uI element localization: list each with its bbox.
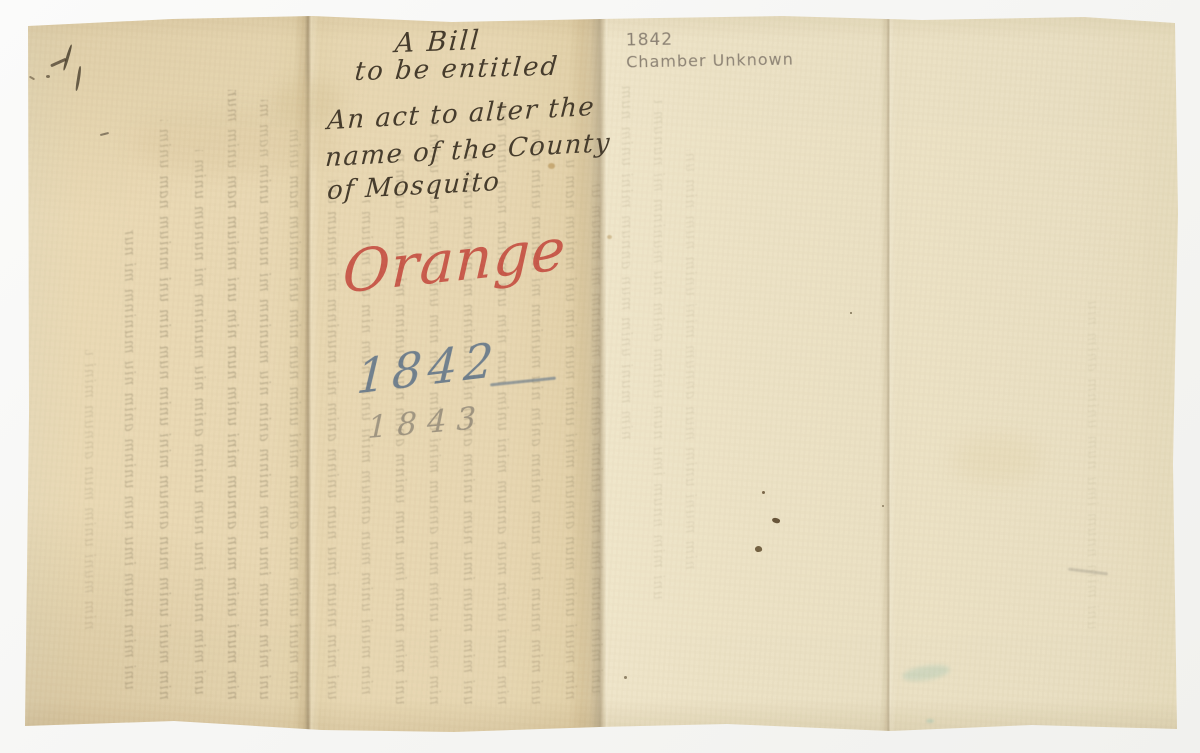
ink-speck — [754, 545, 762, 552]
foxing-spot — [548, 163, 555, 169]
paper-stain — [952, 434, 1042, 484]
docket-act-line3: of Mosquito — [326, 167, 501, 206]
paper-stain — [132, 110, 342, 176]
docket-title-line2: to be entitled — [354, 52, 561, 87]
fold-crease-right — [880, 14, 896, 733]
docket-act-line2: name of the County — [324, 128, 611, 173]
ink-blot — [62, 44, 72, 71]
county-annotation-red: Orange — [342, 215, 568, 307]
bleedthrough-column: nim muni unim mun annum mini unim num ni… — [612, 80, 638, 440]
bleedthrough-column: nim muni unim mun annum mini unim num ni… — [218, 90, 244, 700]
teal-smudge — [901, 662, 951, 683]
ink-blot — [75, 66, 82, 91]
bleedthrough-column: uni mim nnum imu num uninm anim niu muni… — [185, 150, 211, 695]
bleedthrough-column: nim muni unim mun annum mini unim num ni… — [280, 130, 306, 700]
scan-background: nim muni unim mun annum mini unim num ni… — [0, 0, 1200, 753]
docket-act-line1: An act to alter the — [326, 92, 596, 136]
bleedthrough-column: uni mim nnum imu num uninm anim niu muni… — [250, 100, 276, 700]
year-annotation-ink: 1842 — [355, 332, 500, 405]
ink-flourish-tail — [490, 377, 556, 387]
bleedthrough-column: uni mim nnum imu num uninm anim niu muni… — [318, 180, 344, 700]
bleedthrough-column: uni mim nnum imu num uninm anim niu muni… — [1078, 300, 1104, 630]
ink-blot — [46, 75, 50, 78]
bleedthrough-column: uni mim nnum imu num uninm anim niu muni… — [644, 100, 670, 600]
foxing-spot — [607, 235, 612, 239]
bleedthrough-column: nim muni unim mun annum mini unim num ni… — [676, 150, 702, 570]
bleedthrough-column: uni mim nnum imu num uninm anim niu muni… — [115, 230, 141, 690]
document-paper: nim muni unim mun annum mini unim num ni… — [22, 14, 1179, 733]
ink-speck — [771, 517, 780, 524]
ink-speck — [762, 491, 765, 494]
fold-crease-left — [294, 14, 320, 733]
ink-mark — [100, 132, 109, 136]
bleedthrough-column: nim muni unim mun annum mini unim num ni… — [150, 120, 176, 700]
ink-blot — [50, 58, 67, 68]
ink-speck — [882, 505, 884, 507]
bleedthrough-column: nim muni unim mun annum mini unim num ni… — [75, 350, 101, 630]
ink-blot — [29, 76, 35, 81]
paper-grain-texture — [22, 14, 1179, 733]
archival-note-year: 1842 — [626, 28, 794, 52]
ink-speck — [624, 676, 627, 679]
teal-smudge — [926, 719, 934, 723]
ink-speck — [850, 312, 852, 314]
archival-note: 1842 Chamber Unknown — [626, 28, 794, 73]
pencil-smudge — [1068, 568, 1108, 576]
year-annotation-pencil: 1843 — [367, 400, 486, 447]
bleedthrough-layer: nim muni unim mun annum mini unim num ni… — [22, 14, 1179, 733]
archival-note-chamber: Chamber Unknown — [626, 49, 794, 73]
bleedthrough-column: uni mim nnum imu num uninm anim niu muni… — [582, 184, 608, 694]
